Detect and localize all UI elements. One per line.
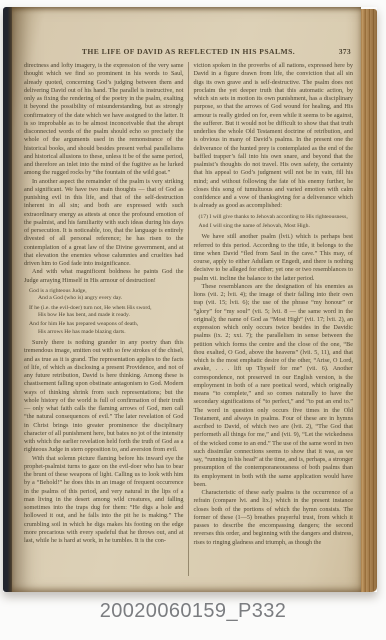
paragraph: In another aspect the remainder of the p… xyxy=(24,178,184,269)
paragraph: viction spoken in the proverbs of all na… xyxy=(194,62,354,211)
paragraph: We have still another psalm (lvii.) whic… xyxy=(194,233,354,283)
verse-couplet: If he (i.e. the evil-doer) turn not, He … xyxy=(29,305,184,320)
verse-couplet: And I will sing the name of Jehovah, Mos… xyxy=(199,223,354,230)
left-column: directness and lofty imagery, is the exp… xyxy=(24,62,188,576)
paragraph: Surely there is nothing grander in any p… xyxy=(24,339,184,455)
verse-couplet: And for him He has prepared weapons of d… xyxy=(29,321,184,336)
verse-couplet: God is a righteous Judge, And a God (who… xyxy=(29,288,184,303)
paragraph: Characteristic of these early psalms is … xyxy=(194,489,354,547)
right-column: viction spoken in the proverbs of all na… xyxy=(188,62,354,576)
running-header-title: THE LIFE OF DAVID AS REFLECTED IN HIS PS… xyxy=(82,47,295,56)
running-header: THE LIFE OF DAVID AS REFLECTED IN HIS PS… xyxy=(24,47,353,59)
book-page-photo: THE LIFE OF DAVID AS REFLECTED IN HIS PS… xyxy=(3,7,377,592)
psalm-verse-block: God is a righteous Judge, And a God (who… xyxy=(29,288,184,336)
paragraph: With that solemn picture flaming before … xyxy=(24,455,184,546)
page-content: THE LIFE OF DAVID AS REFLECTED IN HIS PS… xyxy=(24,47,353,584)
paragraph: And with what magnificent boldness he pa… xyxy=(24,268,184,285)
paragraph: These resemblances are the designation o… xyxy=(194,283,354,489)
text-columns: directness and lofty imagery, is the exp… xyxy=(24,62,353,576)
book-fore-edge xyxy=(359,9,377,592)
book-page: THE LIFE OF DAVID AS REFLECTED IN HIS PS… xyxy=(12,7,361,592)
verse-couplet: (17) I will give thanks to Jehovah accor… xyxy=(199,214,354,221)
archive-label: 20020060159_P332 xyxy=(0,600,386,640)
paragraph: directness and lofty imagery, is the exp… xyxy=(24,62,184,178)
page-number: 373 xyxy=(339,47,351,56)
archive-label-text: 20020060159_P332 xyxy=(100,600,287,622)
psalm-verse-block: (17) I will give thanks to Jehovah accor… xyxy=(199,214,354,231)
